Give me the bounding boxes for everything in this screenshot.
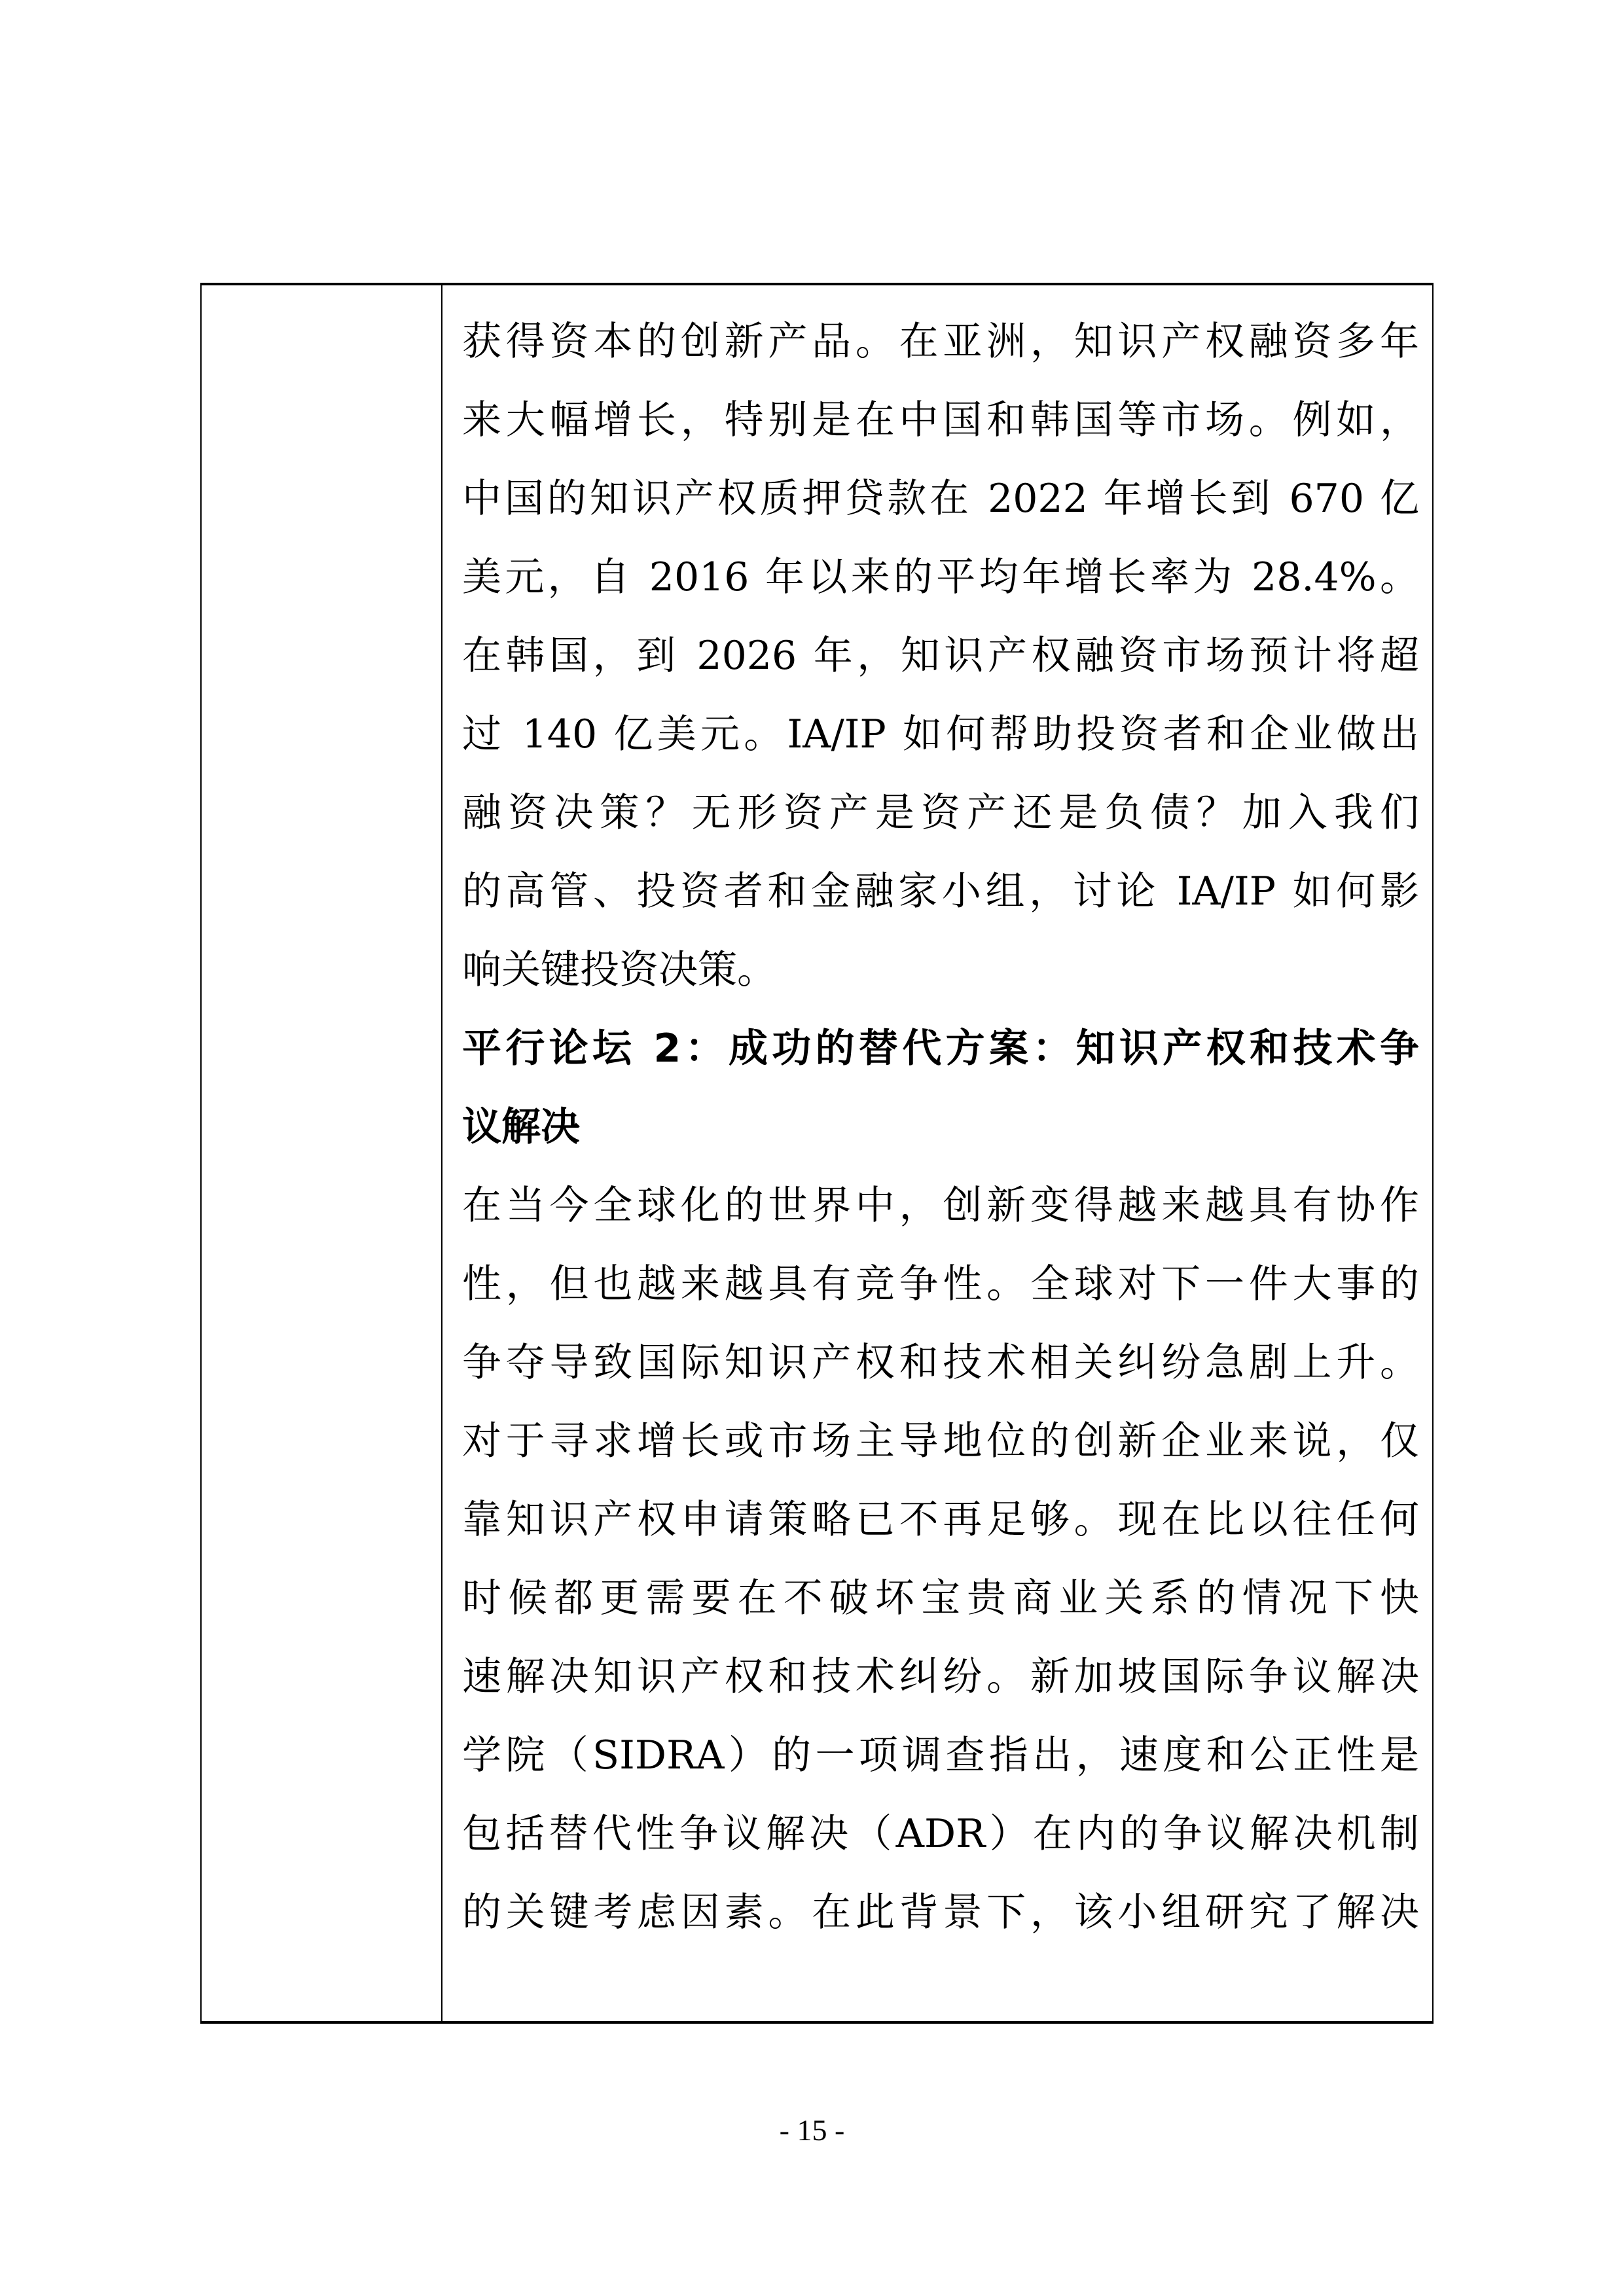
content-table: 获得资本的创新产品。在亚洲，知识产权融资多年 来大幅增长，特别是在中国和韩国等市…: [200, 283, 1434, 2024]
page-number: - 15 -: [0, 2113, 1624, 2147]
table-right-cell: 获得资本的创新产品。在亚洲，知识产权融资多年 来大幅增长，特别是在中国和韩国等市…: [442, 285, 1432, 2021]
text-line: 响关键投资决策。: [462, 931, 1419, 1009]
paragraph-ip-financing: 获得资本的创新产品。在亚洲，知识产权融资多年 来大幅增长，特别是在中国和韩国等市…: [462, 302, 1419, 1009]
text-line: 过 140 亿美元。IA/IP 如何帮助投资者和企业做出: [462, 695, 1419, 774]
text-line: 美元，自 2016 年以来的平均年增长率为 28.4%。: [462, 538, 1419, 617]
section-heading-parallel-forum-2: 平行论坛 2：成功的替代方案：知识产权和技术争 议解决: [462, 1009, 1419, 1166]
text-line: 包括替代性争议解决（ADR）在内的争议解决机制: [462, 1795, 1419, 1873]
text-line: 对于寻求增长或市场主导地位的创新企业来说，仅: [462, 1402, 1419, 1480]
heading-line: 平行论坛 2：成功的替代方案：知识产权和技术争: [462, 1009, 1419, 1088]
text-line: 靠知识产权申请策略已不再足够。现在比以往任何: [462, 1480, 1419, 1559]
text-line: 的高管、投资者和金融家小组，讨论 IA/IP 如何影: [462, 852, 1419, 931]
text-line: 中国的知识产权质押贷款在 2022 年增长到 670 亿: [462, 459, 1419, 538]
text-line: 速解决知识产权和技术纠纷。新加坡国际争议解决: [462, 1638, 1419, 1716]
text-line: 融资决策？无形资产是资产还是负债？加入我们: [462, 774, 1419, 852]
table-left-cell: [202, 285, 442, 2021]
paragraph-dispute-resolution: 在当今全球化的世界中，创新变得越来越具有协作 性，但也越来越具有竞争性。全球对下…: [462, 1166, 1419, 1952]
text-line: 争夺导致国际知识产权和技术相关纠纷急剧上升。: [462, 1323, 1419, 1402]
text-line: 时候都更需要在不破坏宝贵商业关系的情况下快: [462, 1559, 1419, 1638]
text-line: 在韩国，到 2026 年，知识产权融资市场预计将超: [462, 617, 1419, 695]
text-line: 来大幅增长，特别是在中国和韩国等市场。例如，: [462, 381, 1419, 459]
text-line: 的关键考虑因素。在此背景下，该小组研究了解决: [462, 1873, 1419, 1952]
heading-line: 议解决: [462, 1088, 1419, 1166]
text-line: 性，但也越来越具有竞争性。全球对下一件大事的: [462, 1245, 1419, 1323]
text-line: 获得资本的创新产品。在亚洲，知识产权融资多年: [462, 302, 1419, 381]
text-line: 在当今全球化的世界中，创新变得越来越具有协作: [462, 1166, 1419, 1245]
text-line: 学院（SIDRA）的一项调查指出，速度和公正性是: [462, 1716, 1419, 1795]
